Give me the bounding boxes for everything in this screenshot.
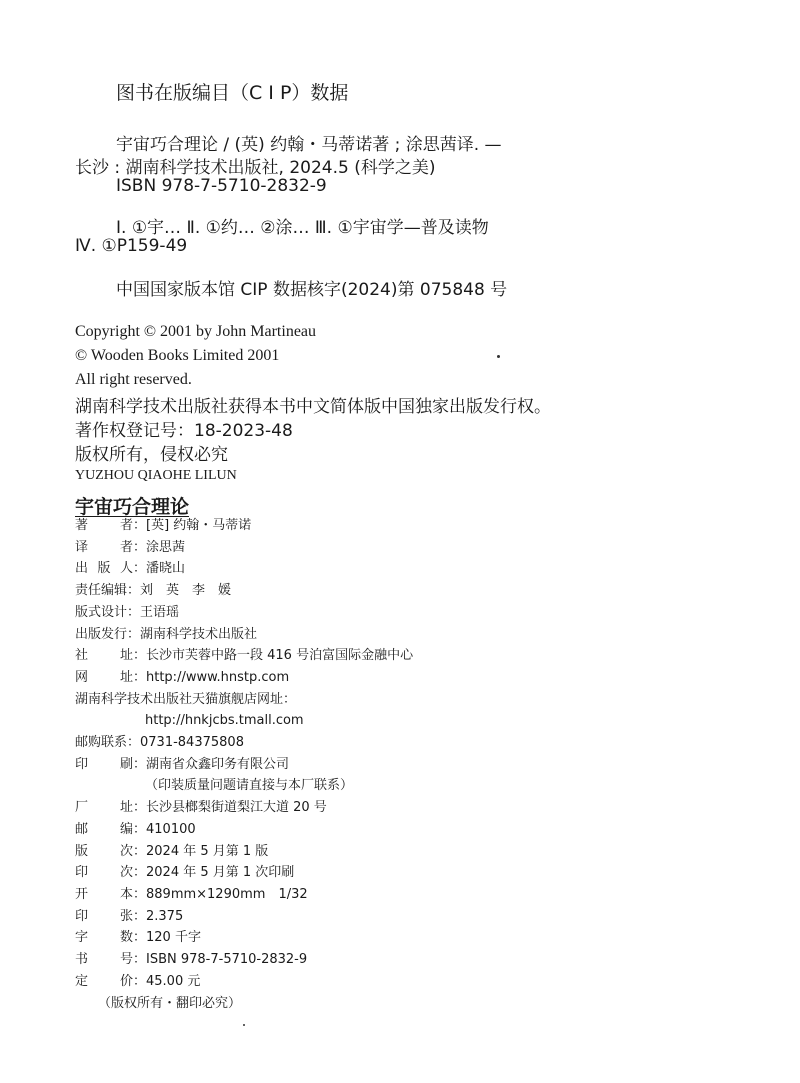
colophon-label: 厂址：	[75, 797, 146, 818]
colophon-row: （印装质量问题请直接与本厂联系）	[145, 775, 353, 796]
colophon-row: 字数：120 千字	[75, 927, 201, 948]
colophon-value: 2024 年 5 月第 1 次印刷	[146, 862, 294, 883]
colophon-value: 刘 英 李 媛	[140, 580, 231, 601]
colophon-label: 著者：	[75, 515, 146, 536]
colophon-label: 责任编辑：	[75, 580, 140, 601]
colophon-label: 定价：	[75, 971, 146, 992]
cip-isbn: ISBN 978-7-5710-2832-9	[116, 176, 327, 196]
colophon-label: 开本：	[75, 884, 146, 905]
pinyin-title: YUZHOU QIAOHE LILUN	[75, 468, 237, 484]
colophon-row: 邮购联系：0731-84375808	[75, 732, 244, 753]
copyright-registration: 著作权登记号：18-2023-48	[75, 416, 293, 441]
colophon-value: http://www.hnstp.com	[146, 667, 289, 688]
colophon-value: 长沙市芙蓉中路一段 416 号泊富国际金融中心	[146, 645, 413, 666]
colophon-value: 涂思茜	[146, 537, 185, 558]
colophon-value: [英] 约翰・马蒂诺	[146, 515, 251, 536]
colophon-label: 出版人：	[75, 558, 146, 579]
colophon-row: 邮编：410100	[75, 819, 196, 840]
colophon-row: 网址：http://www.hnstp.com	[75, 667, 289, 688]
copyright-zh-3: 版权所有，侵权必究	[75, 440, 228, 465]
colophon-value: 湖南省众鑫印务有限公司	[146, 754, 289, 775]
colophon-label: 印次：	[75, 862, 146, 883]
copyright-zh-1: 湖南科学技术出版社获得本书中文简体版中国独家出版发行权。	[75, 392, 551, 417]
cip-line-2: 长沙 : 湖南科学技术出版社, 2024.5 (科学之美)	[75, 153, 436, 178]
colophon-label: 邮编：	[75, 819, 146, 840]
cip-line-1: 宇宙巧合理论 / (英) 约翰・马蒂诺著 ; 涂思茜译. —	[116, 130, 502, 155]
colophon-value: 45.00 元	[146, 971, 200, 992]
colophon-label: 版次：	[75, 841, 146, 862]
colophon-label: 社址：	[75, 645, 146, 666]
colophon-row: 印张：2.375	[75, 906, 183, 927]
colophon-label: 版式设计：	[75, 602, 140, 623]
colophon-row: 出版人：潘晓山	[75, 558, 185, 579]
colophon-row: 印刷：湖南省众鑫印务有限公司	[75, 754, 289, 775]
colophon-row: 社址：长沙市芙蓉中路一段 416 号泊富国际金融中心	[75, 645, 413, 666]
colophon-label: 字数：	[75, 927, 146, 948]
colophon-label: 书号：	[75, 949, 146, 970]
colophon-row: 厂址：长沙县榔梨街道梨江大道 20 号	[75, 797, 327, 818]
copyright-page: 图书在版编目（C I P）数据 宇宙巧合理论 / (英) 约翰・马蒂诺著 ; 涂…	[0, 0, 800, 1083]
colophon-value: 潘晓山	[146, 558, 185, 579]
footer-note: （版权所有・翻印必究）	[98, 992, 241, 1011]
colophon-value: 长沙县榔梨街道梨江大道 20 号	[146, 797, 327, 818]
colophon-value: http://hnkjcbs.tmall.com	[145, 710, 304, 731]
colophon-value: 0731-84375808	[140, 732, 244, 753]
colophon-label: 网址：	[75, 667, 146, 688]
colophon-value: 410100	[146, 819, 196, 840]
colophon-row: 定价：45.00 元	[75, 971, 200, 992]
colophon-row: http://hnkjcbs.tmall.com	[145, 710, 304, 731]
colophon-row: 译者：涂思茜	[75, 537, 185, 558]
cip-heading: 图书在版编目（C I P）数据	[116, 78, 348, 105]
colophon-row: 出版发行：湖南科学技术出版社	[75, 624, 257, 645]
colophon-row: 开本：889mm×1290mm 1/32	[75, 884, 308, 905]
copyright-en-2: © Wooden Books Limited 2001	[75, 347, 279, 365]
colophon-row: 印次：2024 年 5 月第 1 次印刷	[75, 862, 294, 883]
colophon-row: 书号：ISBN 978-7-5710-2832-9	[75, 949, 307, 970]
colophon-value: （印装质量问题请直接与本厂联系）	[145, 775, 353, 796]
scan-speck	[243, 1024, 245, 1026]
colophon-value: ISBN 978-7-5710-2832-9	[146, 949, 307, 970]
colophon-value: 2024 年 5 月第 1 版	[146, 841, 268, 862]
colophon-label: 湖南科学技术出版社天猫旗舰店网址：	[75, 689, 296, 710]
colophon-label: 邮购联系：	[75, 732, 140, 753]
scan-speck	[497, 355, 500, 358]
colophon-row: 著者：[英] 约翰・马蒂诺	[75, 515, 251, 536]
cip-check-number: 中国国家版本馆 CIP 数据核字(2024)第 075848 号	[116, 275, 507, 300]
colophon-value: 889mm×1290mm 1/32	[146, 884, 308, 905]
colophon-value: 王语瑶	[140, 602, 179, 623]
colophon-label: 印张：	[75, 906, 146, 927]
colophon-label: 印刷：	[75, 754, 146, 775]
colophon-label: 译者：	[75, 537, 146, 558]
cip-classification-2: Ⅳ. ①P159-49	[75, 236, 187, 256]
colophon-value: 120 千字	[146, 927, 201, 948]
colophon-value: 湖南科学技术出版社	[140, 624, 257, 645]
colophon-row: 湖南科学技术出版社天猫旗舰店网址：	[75, 689, 296, 710]
colophon-value: 2.375	[146, 906, 183, 927]
copyright-en-3: All right reserved.	[75, 371, 192, 389]
colophon-row: 版次：2024 年 5 月第 1 版	[75, 841, 268, 862]
colophon-row: 版式设计：王语瑶	[75, 602, 179, 623]
colophon-label: 出版发行：	[75, 624, 140, 645]
colophon-row: 责任编辑：刘 英 李 媛	[75, 580, 231, 601]
cip-classification: Ⅰ. ①宇… Ⅱ. ①约… ②涂… Ⅲ. ①宇宙学—普及读物	[116, 213, 489, 238]
copyright-en-1: Copyright © 2001 by John Martineau	[75, 323, 316, 341]
